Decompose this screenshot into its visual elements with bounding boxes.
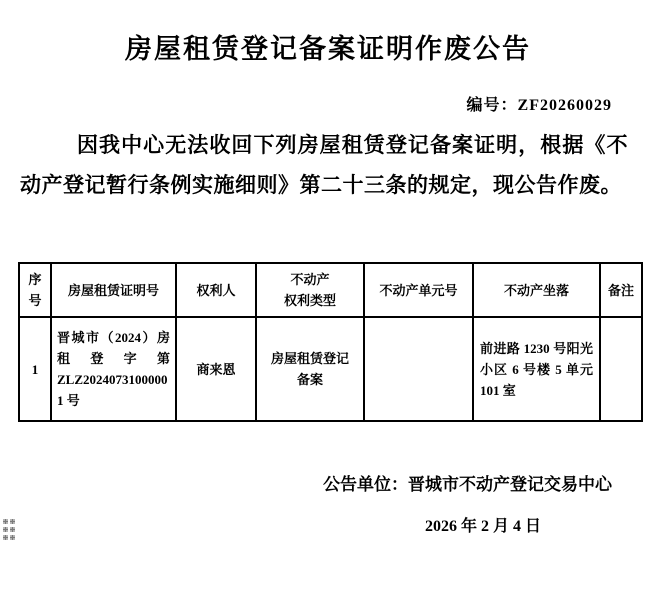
handle-dot: [10, 535, 15, 540]
doc-number-value: ZF20260029: [518, 97, 612, 114]
cell-right-type: 房屋租赁登记备案: [256, 317, 364, 421]
certificates-table: 序号 房屋租赁证明号 权利人 不动产 权利类型 不动产单元号 不动产坐落 备注 …: [18, 262, 643, 422]
table-row: 1 晋城市（2024）房租登字第 ZLZ20240731000001 号 商来恩…: [19, 317, 642, 421]
handle-dot: [3, 527, 8, 532]
handle-dot: [10, 519, 15, 524]
date-line: 2026 年 2 月 4 日: [0, 513, 656, 536]
cell-holder: 商来恩: [176, 317, 256, 421]
handle-dot: [3, 519, 8, 524]
cell-remark: [600, 317, 642, 421]
handle-dot: [3, 535, 8, 540]
issuer-label: 公告单位：: [323, 475, 408, 494]
cell-unit-no: [364, 317, 473, 421]
col-header-remark: 备注: [600, 263, 642, 317]
handle-dot: [10, 527, 15, 532]
issuer-name: 晋城市不动产登记交易中心: [408, 475, 612, 494]
doc-number-line: 编号：ZF20260029: [0, 92, 656, 115]
col-header-unit-no: 不动产单元号: [364, 263, 473, 317]
notice-body-paragraph: 因我中心无法收回下列房屋租赁登记备案证明，根据《不动产登记暂行条例实施细则》第二…: [20, 125, 628, 205]
issuer-line: 公告单位：晋城市不动产登记交易中心: [0, 470, 656, 495]
page-title: 房屋租赁登记备案证明作废公告: [0, 0, 656, 66]
doc-number-label: 编号：: [467, 97, 518, 114]
col-header-location: 不动产坐落: [473, 263, 600, 317]
col-header-seq: 序号: [19, 263, 51, 317]
col-header-certificate-no: 房屋租赁证明号: [51, 263, 176, 317]
cell-location: 前进路 1230 号阳光小区 6 号楼 5 单元 101 室: [473, 317, 600, 421]
cell-certificate-no: 晋城市（2024）房租登字第 ZLZ20240731000001 号: [51, 317, 176, 421]
notice-document: 房屋租赁登记备案证明作废公告 编号：ZF20260029 因我中心无法收回下列房…: [0, 0, 656, 590]
cell-seq: 1: [19, 317, 51, 421]
col-header-holder: 权利人: [176, 263, 256, 317]
drag-handle-dots-icon: [3, 519, 15, 540]
table-header-row: 序号 房屋租赁证明号 权利人 不动产 权利类型 不动产单元号 不动产坐落 备注: [19, 263, 642, 317]
col-header-right-type: 不动产 权利类型: [256, 263, 364, 317]
